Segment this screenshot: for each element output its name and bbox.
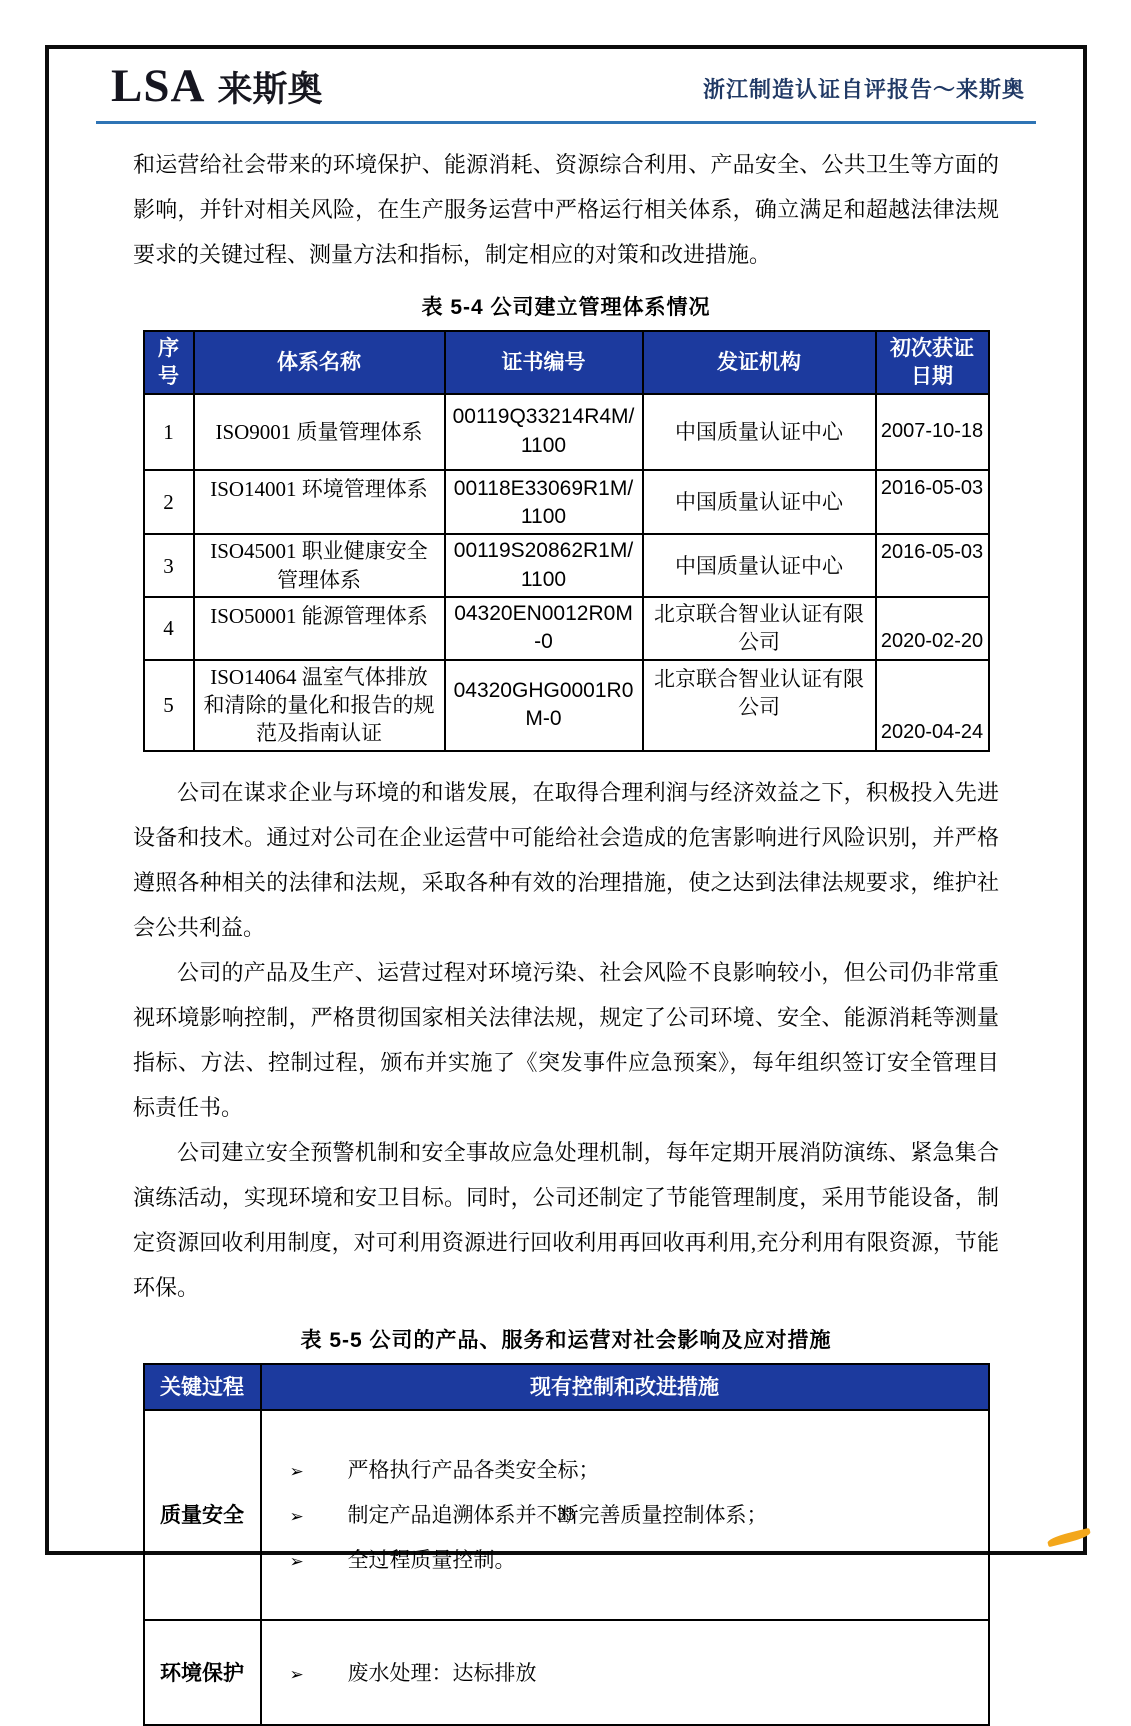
table-5-5-title: 表 5-5 公司的产品、服务和运营对社会影响及应对措施 — [133, 1324, 999, 1354]
cell-no: 3 — [144, 534, 194, 597]
cell-no: 2 — [144, 470, 194, 535]
cell-first-date: 2020-02-20 — [876, 597, 989, 660]
paragraph-2: 公司在谋求企业与环境的和谐发展，在取得合理利润与经济效益之下，积极投入先进设备和… — [133, 770, 999, 950]
cell-first-date: 2016-05-03 — [876, 534, 989, 597]
list-item-text: 严格执行产品各类安全标； — [348, 1456, 600, 1484]
cell-system-name: ISO9001 质量管理体系 — [194, 394, 445, 470]
col-header-issuer: 发证机构 — [643, 331, 876, 394]
table-5-5: 关键过程 现有控制和改进措施 质量安全 ➢ 严格执行产品各类安全标； ➢ 制定产… — [143, 1363, 990, 1726]
cell-process-name: 环境保护 — [144, 1620, 261, 1725]
table-5-5-header-row: 关键过程 现有控制和改进措施 — [144, 1364, 989, 1410]
document-title: 浙江制造认证自评报告～来斯奥 — [703, 73, 1025, 110]
cell-first-date: 2020-04-24 — [876, 660, 989, 751]
col-header-no: 序 号 — [144, 331, 194, 394]
cell-issuer: 中国质量认证中心 — [643, 394, 876, 470]
list-item-text: 全过程质量控制。 — [348, 1546, 516, 1574]
cell-system-name: ISO14001 环境管理体系 — [194, 470, 445, 535]
col-header-first-date: 初次获证日期 — [876, 331, 989, 394]
page-header: LSA 来斯奥 浙江制造认证自评报告～来斯奥 — [49, 49, 1083, 110]
col-header-key-process: 关键过程 — [144, 1364, 261, 1410]
cell-issuer: 中国质量认证中心 — [643, 534, 876, 597]
table-5-4-header-row: 序 号 体系名称 证书编号 发证机构 初次获证日期 — [144, 331, 989, 394]
table-row: 环境保护 ➢ 废水处理：达标排放 — [144, 1620, 989, 1725]
cell-system-name: ISO45001 职业健康安全 管理体系 — [194, 534, 445, 597]
list-item: ➢ 废水处理：达标排放 — [262, 1659, 988, 1687]
table-row: 1 ISO9001 质量管理体系 00119Q33214R4M/ 1100 中国… — [144, 394, 989, 470]
logo-lsa-text: LSA — [111, 63, 205, 110]
arrow-bullet-icon: ➢ — [290, 1551, 348, 1574]
arrow-bullet-icon: ➢ — [290, 1664, 348, 1687]
cell-cert-number: 04320EN0012R0M -0 — [445, 597, 643, 660]
table-5-4-title: 表 5-4 公司建立管理体系情况 — [133, 291, 999, 321]
page-content: 和运营给社会带来的环境保护、能源消耗、资源综合利用、产品安全、公共卫生等方面的影… — [49, 124, 1083, 1726]
cell-first-date: 2016-05-03 — [876, 470, 989, 535]
table-row: 2 ISO14001 环境管理体系 00118E33069R1M/ 1100 中… — [144, 470, 989, 535]
paragraph-4: 公司建立安全预警机制和安全事故应急处理机制，每年定期开展消防演练、紧急集合演练活… — [133, 1130, 999, 1310]
cell-cert-number: 00119Q33214R4M/ 1100 — [445, 394, 643, 470]
cell-system-name: ISO14064 温室气体排放 和清除的量化和报告的规 范及指南认证 — [194, 660, 445, 751]
cell-system-name: ISO50001 能源管理体系 — [194, 597, 445, 660]
table-5-4: 序 号 体系名称 证书编号 发证机构 初次获证日期 1 ISO9001 质量管理… — [143, 330, 990, 752]
cell-no: 1 — [144, 394, 194, 470]
cell-issuer: 北京联合智业认证有限 公司 — [643, 597, 876, 660]
cell-first-date: 2007-10-18 — [876, 394, 989, 470]
cell-issuer: 北京联合智业认证有限 公司 — [643, 660, 876, 751]
table-row: 3 ISO45001 职业健康安全 管理体系 00119S20862R1M/ 1… — [144, 534, 989, 597]
cell-cert-number: 00118E33069R1M/ 1100 — [445, 470, 643, 535]
arrow-bullet-icon: ➢ — [290, 1461, 348, 1484]
table-row: 5 ISO14064 温室气体排放 和清除的量化和报告的规 范及指南认证 043… — [144, 660, 989, 751]
logo-company-name: 来斯奥 — [217, 72, 322, 107]
paragraph-3: 公司的产品及生产、运营过程对环境污染、社会风险不良影响较小，但公司仍非常重视环境… — [133, 950, 999, 1130]
cell-no: 5 — [144, 660, 194, 751]
col-header-controls: 现有控制和改进措施 — [261, 1364, 989, 1410]
col-header-system-name: 体系名称 — [194, 331, 445, 394]
list-item: ➢ 严格执行产品各类安全标； — [262, 1456, 988, 1484]
list-item-text: 废水处理：达标排放 — [348, 1659, 537, 1687]
table-row: 4 ISO50001 能源管理体系 04320EN0012R0M -0 北京联合… — [144, 597, 989, 660]
company-logo: LSA 来斯奥 — [111, 63, 322, 110]
cell-issuer: 中国质量认证中心 — [643, 470, 876, 535]
cell-cert-number: 00119S20862R1M/ 1100 — [445, 534, 643, 597]
list-item: ➢ 全过程质量控制。 — [262, 1546, 988, 1574]
cell-control-items: ➢ 废水处理：达标排放 — [261, 1620, 989, 1725]
page-frame: LSA 来斯奥 浙江制造认证自评报告～来斯奥 和运营给社会带来的环境保护、能源消… — [45, 45, 1087, 1555]
col-header-cert-number: 证书编号 — [445, 331, 643, 394]
page-number: 33 — [49, 1504, 1083, 1525]
cell-no: 4 — [144, 597, 194, 660]
cell-cert-number: 04320GHG0001R0 M-0 — [445, 660, 643, 751]
paragraph-1: 和运营给社会带来的环境保护、能源消耗、资源综合利用、产品安全、公共卫生等方面的影… — [133, 142, 999, 277]
